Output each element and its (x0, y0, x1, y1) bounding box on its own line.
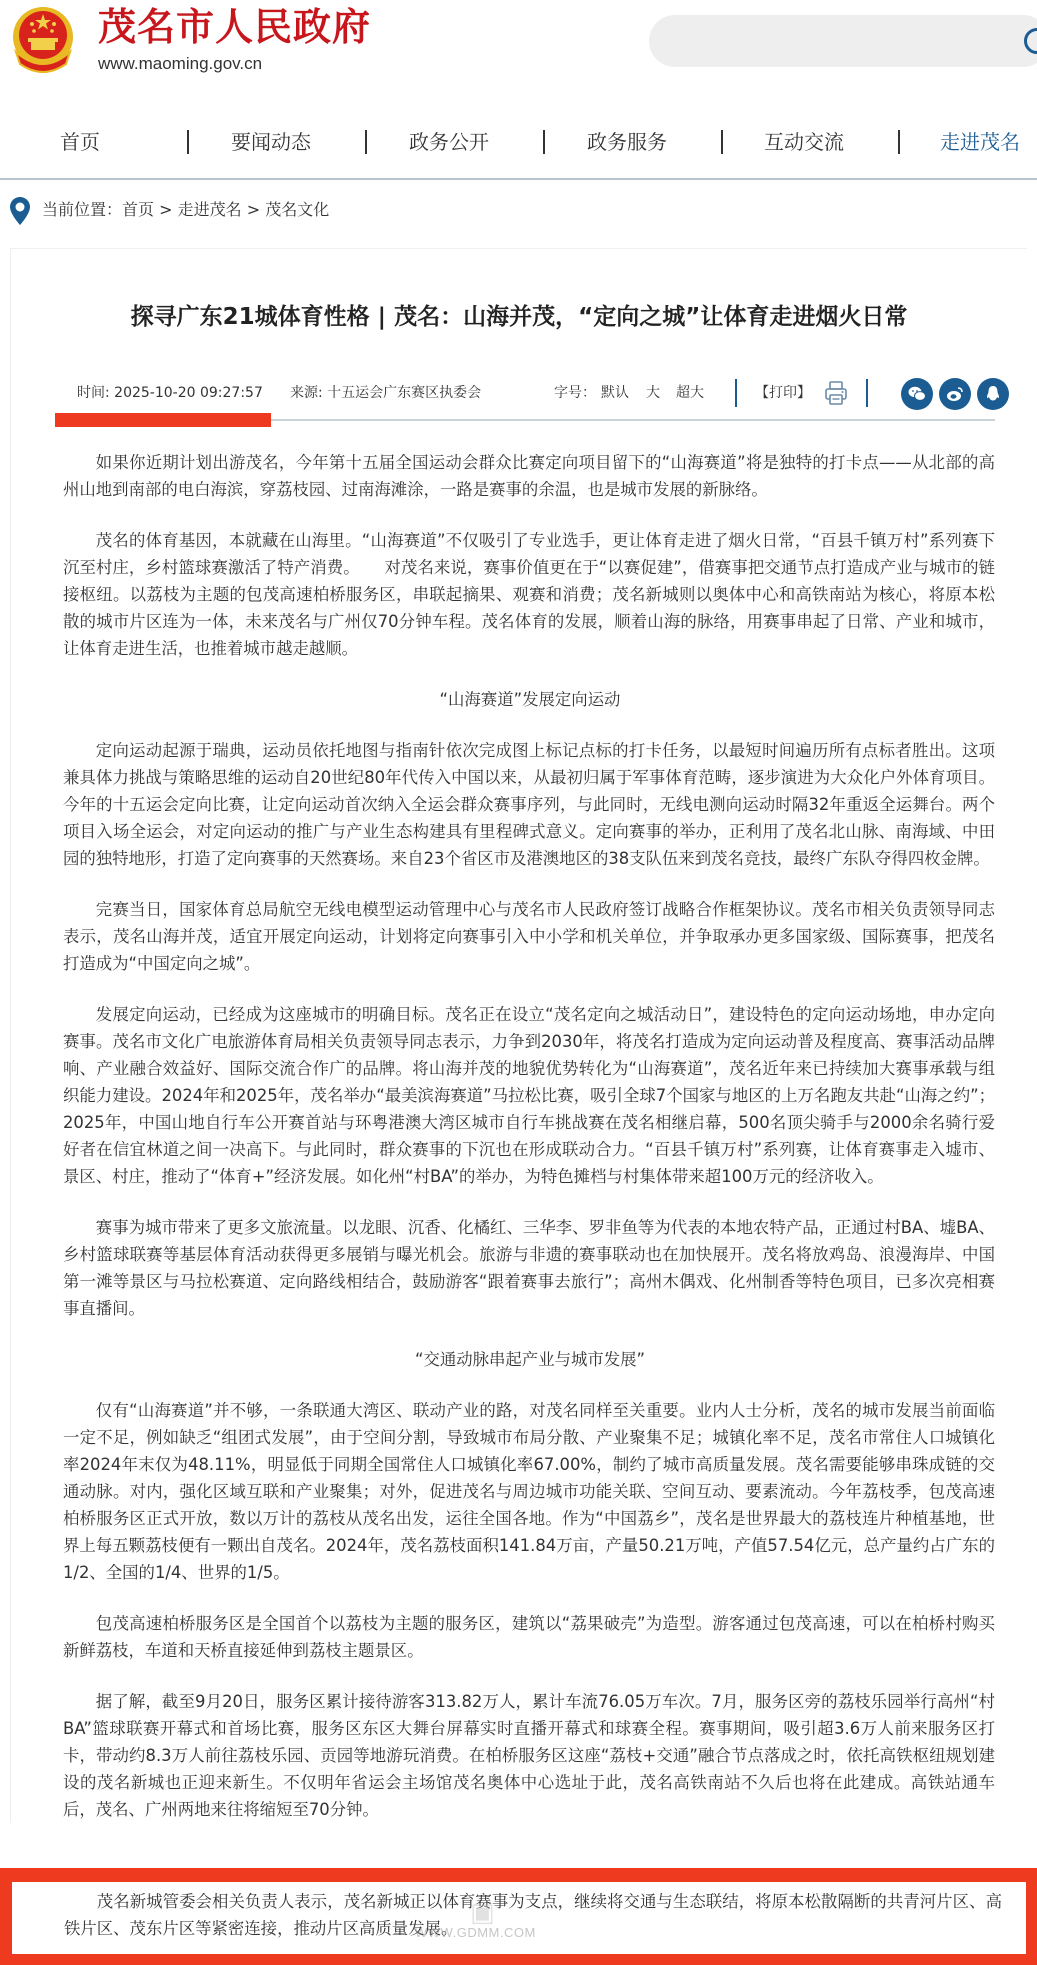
nav-divider (721, 130, 723, 154)
site-url: www.maoming.gov.cn (98, 54, 262, 74)
article-paragraph: 茂名的体育基因，本就藏在山海里。“山海赛道”不仅吸引了专业选手，更让体育走进了烟… (63, 527, 995, 662)
font-size-label: 字号： (554, 383, 596, 403)
qq-icon (985, 385, 1001, 403)
article-paragraph: 赛事为城市带来了更多文旅流量。以龙眼、沉香、化橘红、三华李、罗非鱼等为代表的本地… (63, 1214, 995, 1322)
meta-divider (735, 379, 737, 407)
nav-item-home[interactable]: 首页 (60, 128, 100, 156)
watermark: WWW.GDMM.COM (415, 1925, 536, 1940)
nav-item-explore-maoming[interactable]: 走进茂名 (940, 128, 1020, 156)
breadcrumb: 当前位置：首页 > 走进茂名 > 茂名文化 (0, 180, 1037, 248)
nav-item-news[interactable]: 要闻动态 (231, 128, 311, 156)
nav-divider (365, 130, 367, 154)
annotation-highlight-box: 茂名新城管委会相关负责人表示，茂名新城正以体育赛事为支点，继续将交通与生态联结，… (0, 1868, 1037, 1965)
printer-icon[interactable] (825, 381, 847, 405)
article-paragraph: 定向运动起源于瑞典，运动员依托地图与指南针依次完成图上标记点标的打卡任务，以最短… (63, 737, 995, 872)
article-paragraph: 完赛当日，国家体育总局航空无线电模型运动管理中心与茂名市人民政府签订战略合作框架… (63, 896, 995, 977)
location-pin-icon (10, 197, 30, 225)
article-paragraph: 包茂高速柏桥服务区是全国首个以荔枝为主题的服务区，建筑以“荔果破壳”为造型。游客… (63, 1610, 995, 1664)
font-size-large[interactable]: 大 (646, 383, 660, 403)
article: 探寻广东21城体育性格 | 茂名：山海并茂，“定向之城”让体育走进烟火日常 时间… (10, 248, 1027, 1823)
article-paragraph: 发展定向运动，已经成为这座城市的明确目标。茂名正在设立“茂名定向之城活动日”，建… (63, 1001, 995, 1190)
breadcrumb-separator: > (242, 200, 266, 219)
highlighted-paragraph-container: 茂名新城管委会相关负责人表示，茂名新城正以体育赛事为支点，继续将交通与生态联结，… (12, 1882, 1026, 1954)
nav-divider (187, 130, 189, 154)
breadcrumb-separator: > (154, 200, 178, 219)
article-paragraph: 如果你近期计划出游茂名，今年第十五届全国运动会群众比赛定向项目留下的“山海赛道”… (63, 449, 995, 503)
print-button[interactable]: 【打印】 (755, 383, 811, 403)
annotation-underline (55, 413, 271, 427)
article-paragraph: 据了解，截至9月20日，服务区累计接待游客313.82万人，累计车流76.05万… (63, 1688, 995, 1823)
share-qq-button[interactable] (977, 378, 1009, 410)
article-body: 如果你近期计划出游茂名，今年第十五届全国运动会群众比赛定向项目留下的“山海赛道”… (65, 421, 995, 1823)
site-header: 茂名市人民政府 www.maoming.gov.cn (0, 0, 1037, 80)
section-heading: “山海赛道”发展定向运动 (65, 686, 995, 713)
article-meta: 时间: 2025-10-20 09:27:57 来源: 十五运会广东赛区执委会 … (65, 369, 995, 421)
article-paragraph: 仅有“山海赛道”并不够，一条联通大湾区、联动产业的路，对茂名同样至关重要。业内人… (63, 1397, 995, 1586)
weibo-icon (946, 386, 964, 402)
breadcrumb-prefix: 当前位置： (42, 200, 122, 219)
search-input[interactable] (649, 15, 1037, 67)
share-wechat-button[interactable] (901, 378, 933, 410)
nav-divider (543, 130, 545, 154)
main-nav: 首页 要闻动态 政务公开 政务服务 互动交流 走进茂名 (0, 80, 1037, 180)
nav-item-interaction[interactable]: 互动交流 (764, 128, 844, 156)
nav-divider (898, 130, 900, 154)
watermark-logo-icon: ▣ (470, 1898, 495, 1928)
breadcrumb-home[interactable]: 首页 (122, 200, 154, 219)
site-name[interactable]: 茂名市人民政府 (98, 4, 371, 50)
publish-time: 时间: 2025-10-20 09:27:57 (77, 383, 263, 403)
wechat-icon (908, 386, 926, 402)
breadcrumb-trail: 当前位置：首页 > 走进茂名 > 茂名文化 (42, 198, 329, 222)
article-title: 探寻广东21城体育性格 | 茂名：山海并茂，“定向之城”让体育走进烟火日常 (35, 249, 1003, 369)
nav-item-gov-affairs[interactable]: 政务公开 (409, 128, 489, 156)
font-size-xlarge[interactable]: 超大 (676, 383, 704, 403)
font-size-default[interactable]: 默认 (601, 383, 629, 403)
breadcrumb-maoming-culture[interactable]: 茂名文化 (265, 200, 329, 219)
article-source: 来源: 十五运会广东赛区执委会 (290, 383, 481, 403)
nav-item-gov-services[interactable]: 政务服务 (587, 128, 667, 156)
national-emblem-icon (10, 4, 76, 76)
breadcrumb-explore-maoming[interactable]: 走进茂名 (178, 200, 242, 219)
share-weibo-button[interactable] (939, 378, 971, 410)
section-heading: “交通动脉串起产业与城市发展” (65, 1346, 995, 1373)
meta-divider (866, 379, 868, 407)
